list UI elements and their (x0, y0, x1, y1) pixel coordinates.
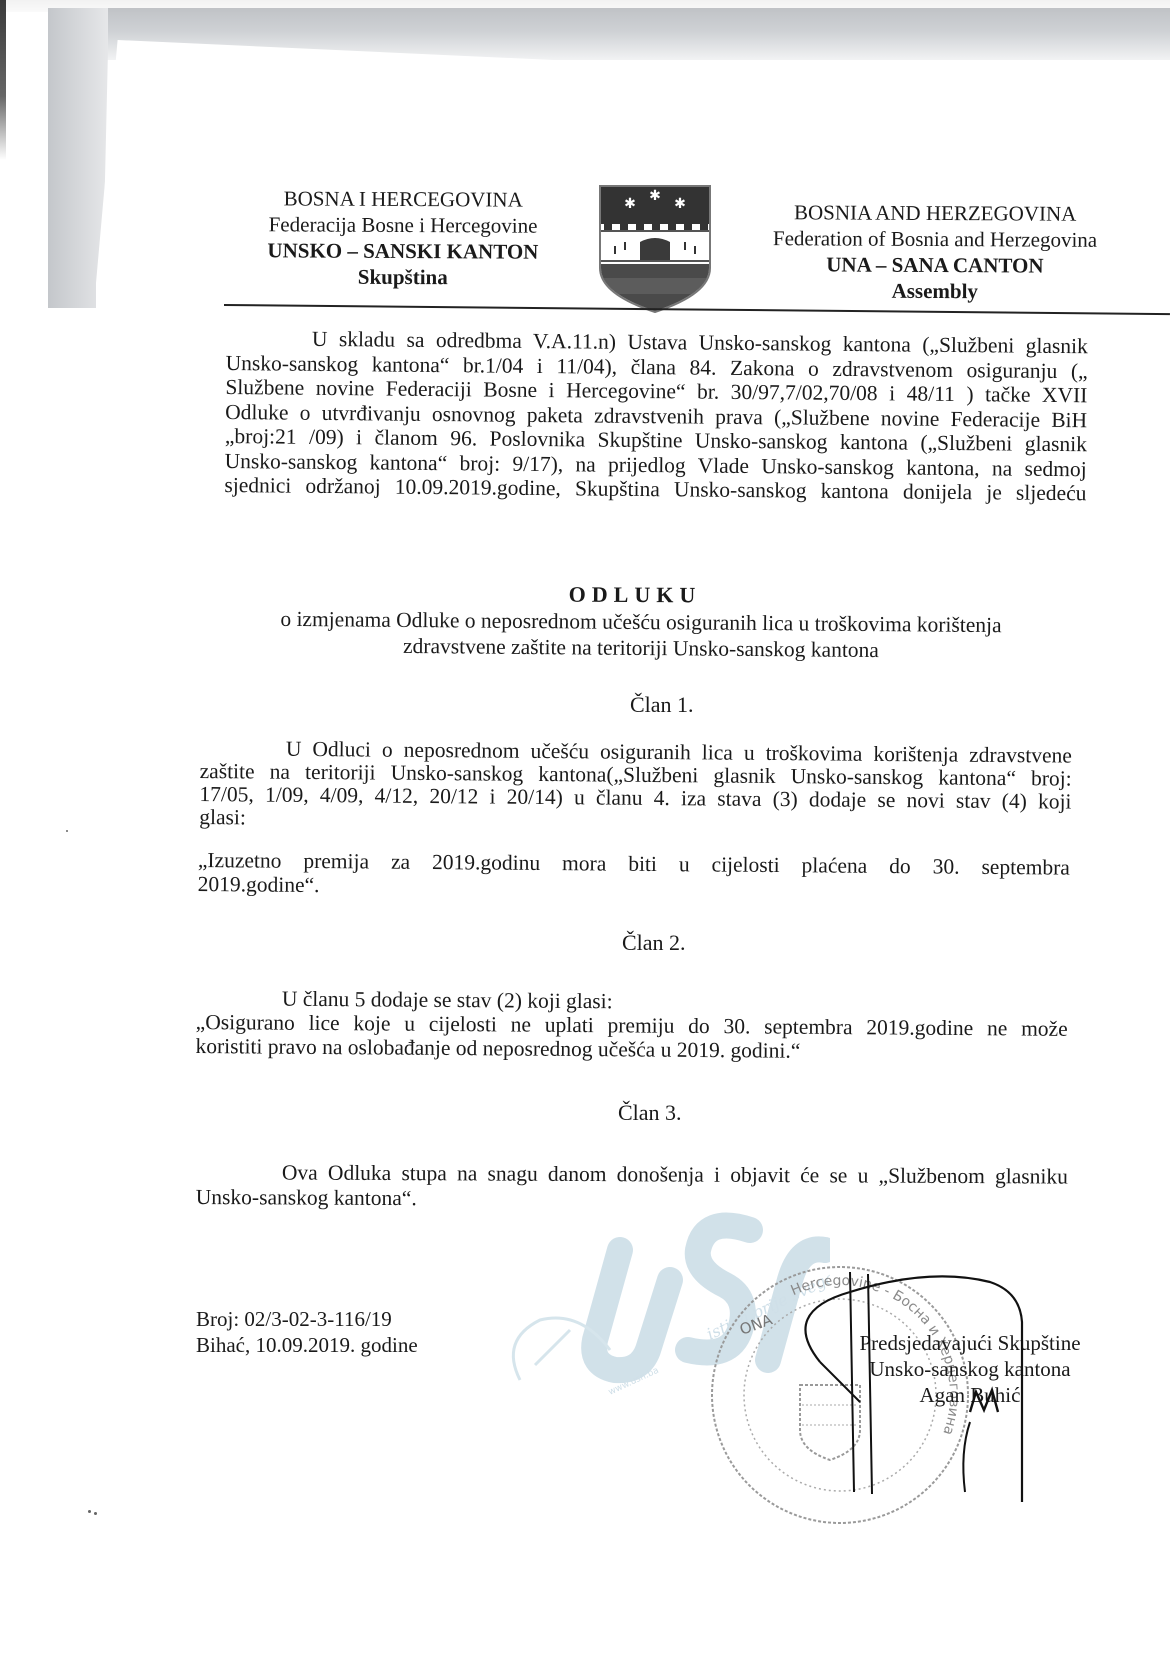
letterhead-right: BOSNIA AND HERZEGOVINA Federation of Bos… (740, 199, 1131, 305)
article-1-quote: „Izuzetno premija za 2019.godinu mora bi… (198, 848, 1070, 904)
svg-text:✱: ✱ (674, 196, 686, 212)
article-3-body: Ova Odluka stupa na snagu danom donošenj… (196, 1160, 1068, 1215)
article-1-heading: Član 1. (630, 692, 694, 718)
article-1-body: U Odluci o neposrednom učešću osiguranih… (199, 736, 1072, 836)
signatory-title: Predsjedavajući Skupštine (820, 1330, 1120, 1356)
letterhead-left: BOSNA I HERCEGOVINA Federacija Bosne i H… (238, 185, 569, 291)
svg-text:✱: ✱ (624, 196, 636, 212)
article-2-body: U članu 5 dodaje se stav (2) koji glasi:… (195, 986, 1068, 1065)
header-federation-local: Federacija Bosne i Hercegovine (238, 211, 568, 239)
article-2-heading: Član 2. (622, 930, 686, 956)
article-line: Unsko-sanskog kantona“. (196, 1185, 1068, 1215)
header-body-local: Skupština (238, 263, 568, 291)
scan-speck (88, 1510, 91, 1513)
signatory-name: Agan Buhić (820, 1382, 1120, 1408)
reference-number: Broj: 02/3-02-3-116/19 (196, 1306, 418, 1332)
header-body-en: Assembly (740, 277, 1130, 305)
article-3-heading: Član 3. (618, 1100, 682, 1126)
signatory-title: Unsko-sanskog kantona (820, 1356, 1120, 1382)
coat-of-arms-icon: ✱✱✱ (596, 182, 714, 314)
scan-speck (66, 830, 68, 832)
svg-text:✱: ✱ (649, 188, 661, 204)
preamble: U skladu sa odredbma V.A.11.n) Ustava Un… (224, 326, 1088, 506)
header-country-local: BOSNA I HERCEGOVINA (238, 185, 568, 213)
header-federation-en: Federation of Bosnia and Herzegovina (740, 225, 1130, 253)
scan-speck (94, 1512, 97, 1515)
scan-left-edge (0, 0, 6, 160)
header-canton-en: UNA – SANA CANTON (740, 251, 1130, 279)
place-date: Bihać, 10.09.2019. godine (196, 1332, 418, 1358)
header-country-en: BOSNIA AND HERZEGOVINA (740, 199, 1130, 227)
document-reference: Broj: 02/3-02-3-116/19 Bihać, 10.09.2019… (196, 1306, 418, 1358)
header-canton-local: UNSKO – SANSKI KANTON (238, 237, 568, 265)
signatory-block: Predsjedavajući Skupštine Unsko-sanskog … (820, 1330, 1120, 1408)
